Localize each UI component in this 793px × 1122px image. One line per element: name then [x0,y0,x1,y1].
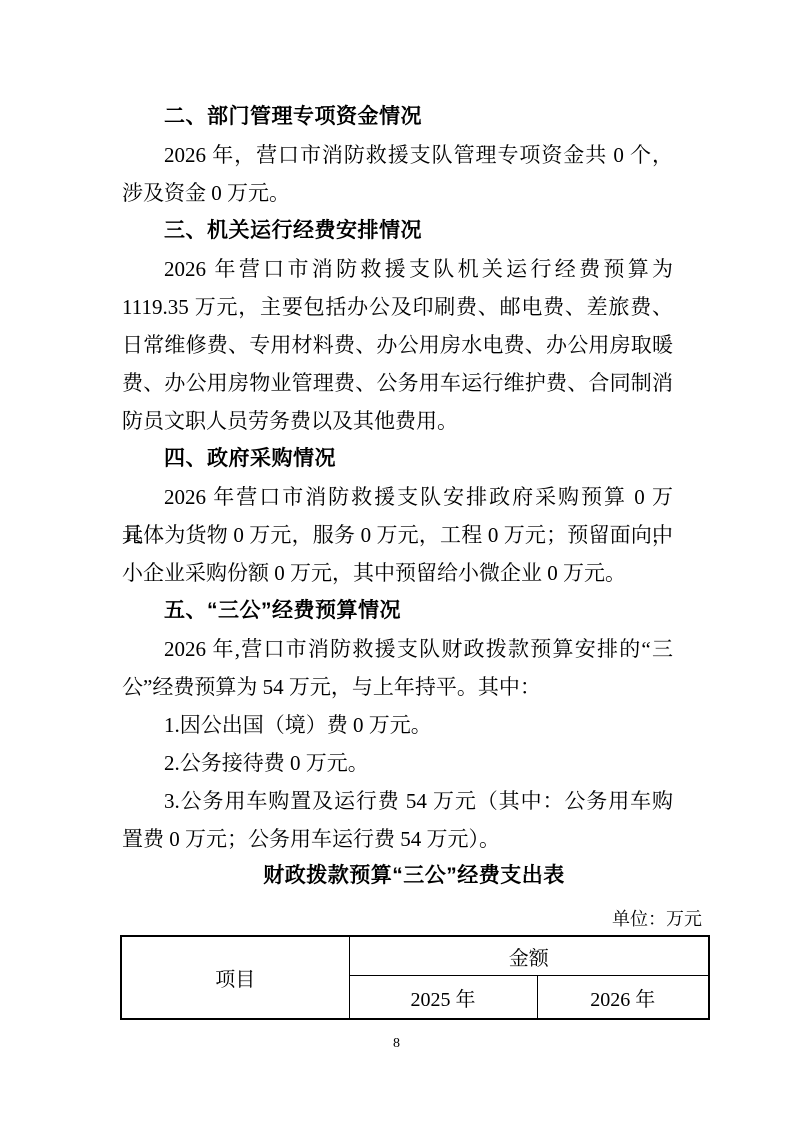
section-heading-5: 五、“三公”经费预算情况 [122,592,673,630]
table-section: 财政拨款预算“三公”经费支出表 单位：万元 项目 金额 2025 年 2026 … [120,857,708,1020]
paragraph-line: 具体为货物 0 万元，服务 0 万元，工程 0 万元；预留面向中 [122,516,673,554]
paragraph-line: 小企业采购份额 0 万元，其中预留给小微企业 0 万元。 [122,554,673,592]
header-cell-item: 项目 [121,936,349,1019]
section-heading-3: 三、机关运行经费安排情况 [122,212,673,250]
section-heading-2: 二、部门管理专项资金情况 [122,98,673,136]
header-cell-2025: 2025 年 [349,976,537,1020]
header-cell-2026: 2026 年 [537,976,709,1020]
paragraph-line: 1119.35 万元，主要包括办公及印刷费、邮电费、差旅费、 [122,288,673,326]
paragraph-line: 2026 年，营口市消防救援支队管理专项资金共 0 个， [122,136,673,174]
paragraph-line: 涉及资金 0 万元。 [122,174,673,212]
paragraph-line: 防员文职人员劳务费以及其他费用。 [122,402,673,440]
paragraph-line: 公”经费预算为 54 万元，与上年持平。其中： [122,668,673,706]
page-number: 8 [0,1036,793,1052]
paragraph-line: 费、办公用房物业管理费、公务用车运行维护费、合同制消 [122,364,673,402]
budget-table: 项目 金额 2025 年 2026 年 [120,935,710,1020]
document-page: 二、部门管理专项资金情况 2026 年，营口市消防救援支队管理专项资金共 0 个… [0,0,793,1122]
section-heading-4: 四、政府采购情况 [122,440,673,478]
paragraph-line: 2026 年营口市消防救援支队安排政府采购预算 0 万元， [122,478,673,516]
list-item-line: 3.公务用车购置及运行费 54 万元（其中：公务用车购 [122,782,673,820]
paragraph-line: 2026 年营口市消防救援支队机关运行经费预算为 [122,250,673,288]
table-title: 财政拨款预算“三公”经费支出表 [120,857,708,895]
document-text: 二、部门管理专项资金情况 2026 年，营口市消防救援支队管理专项资金共 0 个… [122,98,673,858]
paragraph-line: 日常维修费、专用材料费、办公用房水电费、办公用房取暖 [122,326,673,364]
list-item-line: 置费 0 万元；公务用车运行费 54 万元）。 [122,820,673,858]
list-item-line: 1.因公出国（境）费 0 万元。 [122,706,673,744]
unit-label: 单位：万元 [120,909,708,929]
list-item-line: 2.公务接待费 0 万元。 [122,744,673,782]
paragraph-line: 2026 年,营口市消防救援支队财政拨款预算安排的“三 [122,630,673,668]
header-cell-amount: 金额 [349,936,709,976]
table-row: 项目 金额 [121,936,709,976]
